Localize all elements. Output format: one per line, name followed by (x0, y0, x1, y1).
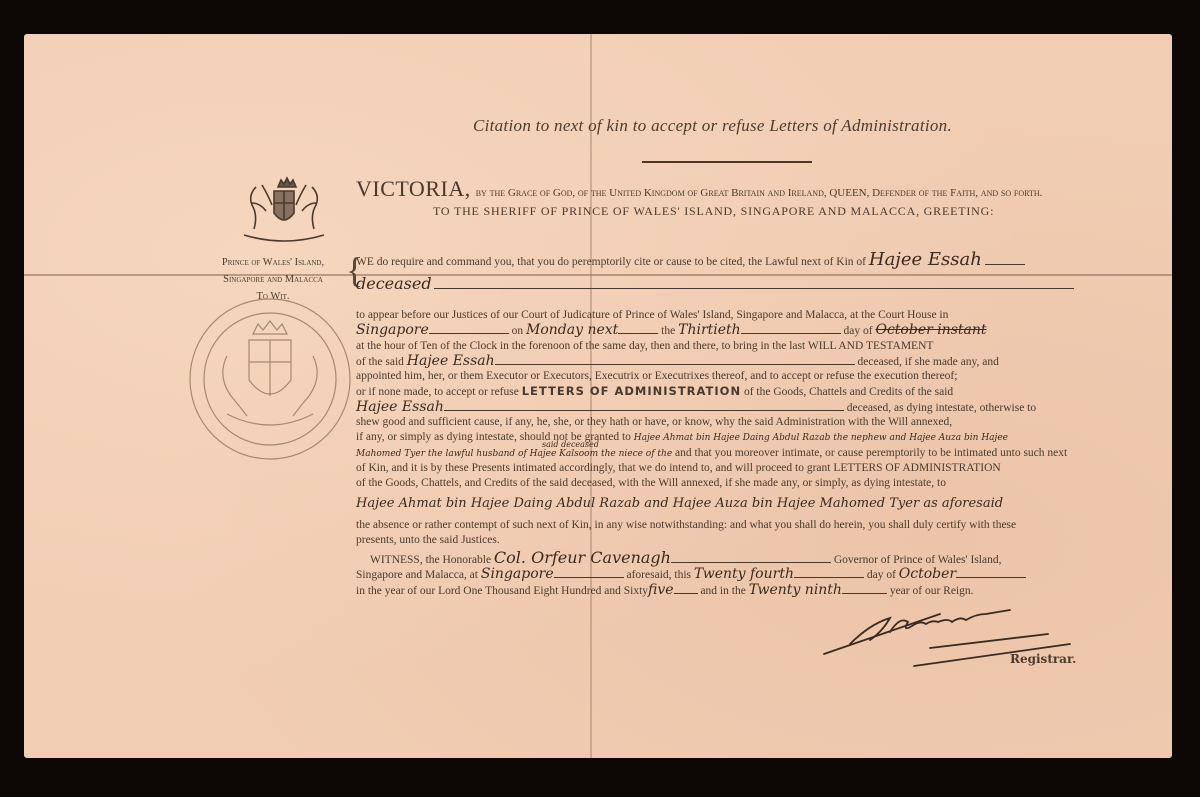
body-line-1: WE do require and command you, that you … (356, 252, 1100, 270)
body-line-19: Singapore and Malacca, at Singapore afor… (356, 567, 1100, 583)
body-line-15: Hajee Ahmat bin Hajee Daing Abdul Razab … (356, 496, 1100, 512)
jurisdiction-line-1: Prince of Wales' Island, (196, 254, 350, 271)
grantees-handwritten: Hajee Ahmat bin Hajee Daing Abdul Razab … (634, 433, 1008, 443)
body-line-16: the absence or rather contempt of such n… (356, 518, 1100, 533)
body-line-3: to appear before our Justices of our Cou… (356, 308, 1100, 323)
body-line-10: shew good and sufficient cause, if any, … (356, 415, 1100, 430)
document-title: Citation to next of kin to accept or ref… (473, 116, 952, 136)
registrar-title: Registrar. (1010, 652, 1076, 666)
body-line-9: Hajee Essah deceased, as dying intestate… (356, 400, 1100, 416)
body-line-12: Mahomed Tyer the lawful husband of Hajee… (356, 446, 1100, 462)
body-line-2: deceased (356, 276, 1100, 294)
body-line-17: presents, unto the said Justices. (356, 533, 1100, 548)
body-line-7: appointed him, her, or them Executor or … (356, 369, 1100, 384)
body-line-8: or if none made, to accept or refuse LET… (356, 384, 1100, 400)
sovereign-style: by the Grace of God, of the United Kingd… (476, 187, 1043, 199)
body-line-13: of Kin, and it is by these Presents inti… (356, 461, 1100, 476)
addressee-line: TO THE SHERIFF OF PRINCE OF WALES' ISLAN… (433, 204, 994, 219)
body-line-4: Singapore on Monday next the Thirtieth d… (356, 323, 1100, 339)
sovereign-line: VICTORIA, by the Grace of God, of the Un… (356, 176, 1042, 202)
letters-of-administration-heading: LETTERS OF ADMINISTRATION (522, 384, 741, 398)
body-line-5: at the hour of Ten of the Clock in the f… (356, 339, 1100, 354)
body-line-6: of the said Hajee Essah deceased, if she… (356, 354, 1100, 370)
title-divider (642, 161, 812, 163)
governor-name-handwritten: Col. Orfeur Cavenagh (494, 548, 671, 567)
sovereign-name: VICTORIA, (356, 176, 471, 201)
body-line-11: if any, or simply as dying intestate, sh… (356, 430, 1100, 446)
royal-coat-of-arms-icon (234, 173, 334, 245)
body-line-14: of the Goods, Chattels, and Credits of t… (356, 476, 1100, 491)
deceased-name-handwritten: Hajee Essah (869, 249, 982, 270)
court-seal-icon (187, 296, 353, 462)
jurisdiction-line-2: Singapore and Malacca (196, 271, 350, 288)
body-line-20: in the year of our Lord One Thousand Eig… (356, 583, 1100, 599)
